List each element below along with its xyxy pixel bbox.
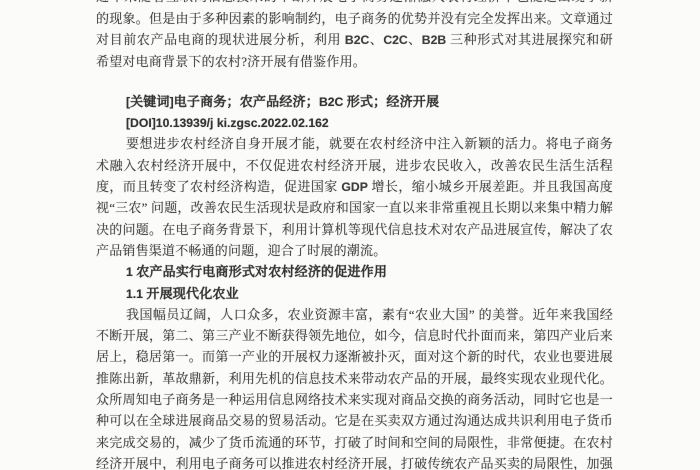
text-line: 要想进步农村经济自身开展才能，就要在农村经济中注入新颖的活力。将电子商务技 bbox=[96, 133, 613, 154]
text-line: 的现象。但是由于多种因素的影响制约，电子商务的优势并没有完全发挥出来。文章通过 bbox=[96, 8, 613, 29]
text-line: 决的问题。在电子商务背景下，利用计算机等现代信息技术对农产品进展宣传，解决了农 bbox=[96, 219, 613, 240]
text-line: 我国幅员辽阔，人口众多，农业资源丰富，素有“农业大国” 的美誉。近年来我国经济 bbox=[96, 304, 613, 325]
text-line: 视“三农” 问题，改善农民生活现状是政府和国家一直以来非常重视且长期以来集中精力… bbox=[96, 197, 613, 218]
text-line: 经济开展中，利用电子商务可以推进农村经济开展，打破传统农产品买卖的局限性，加强 bbox=[96, 453, 613, 470]
text-line: 来完成交易的，减少了货币流通的环节，打破了时间和空间的局限性，非常便捷。在农村 bbox=[96, 432, 613, 453]
paper-page: 近年来随着互联网信息技术的不断开展电子商务逐渐融入农村经济中也随之出现了新 的现… bbox=[0, 0, 700, 470]
text-line: 推陈出新，革故鼎新，利用先机的信息技术来带动农产品的开展，最终实现农业现代化。 bbox=[96, 368, 613, 389]
section-heading: 1.1 开展现代化农业 bbox=[96, 283, 613, 304]
doi-line: [DOI]10.13939/j ki.zgsc.2022.02.162 bbox=[96, 112, 613, 133]
section-heading: 1 农产品实行电商形式对农村经济的促进作用 bbox=[96, 261, 613, 282]
text-line: 不断开展，第二、第三产业不断获得领先地位，如今，信息时代扑面而来，第四产业后来 bbox=[96, 325, 613, 346]
text-line: 对目前农产品电商的现状进展分析，利用 B2C、C2C、B2B 三种形式对其进展探… bbox=[96, 29, 613, 50]
text-line: 众所周知电子商务是一种运用信息网络技术来实现对商品交换的商务活动，同时它也是一 bbox=[96, 389, 613, 410]
text-line: 术融入农村经济开展中，不仅促进农村经济开展，进步农民收入，改善农民生活生活程 bbox=[96, 155, 613, 176]
text-line: 居上，稳居第一。而第一产业的开展权力逐渐被扑灭，面对这个新的时代，农业也要进展 bbox=[96, 346, 613, 367]
text-line: 度，而且转变了农村经济构造，促进国家 GDP 增长，缩小城乡开展差距。并且我国高… bbox=[96, 176, 613, 197]
document-lines: 的现象。但是由于多种因素的影响制约，电子商务的优势并没有完全发挥出来。文章通过对… bbox=[96, 8, 613, 470]
keywords-line: [关键词]电子商务；农产品经济；B2C 形式；经济开展 bbox=[96, 91, 613, 112]
clipped-text-line: 近年来随着互联网信息技术的不断开展电子商务逐渐融入农村经济中也随之出现了新 bbox=[96, 0, 613, 7]
text-line: 产品销售渠道不畅通的问题，迎合了时展的潮流。 bbox=[96, 240, 613, 261]
text-line: 希望对电商背景下的农村?济开展有借鉴作用。 bbox=[96, 51, 613, 72]
text-line: 种可以在全球进展商品交易的贸易活动。它是在买卖双方通过沟通达成共识利用电子货币 bbox=[96, 410, 613, 431]
